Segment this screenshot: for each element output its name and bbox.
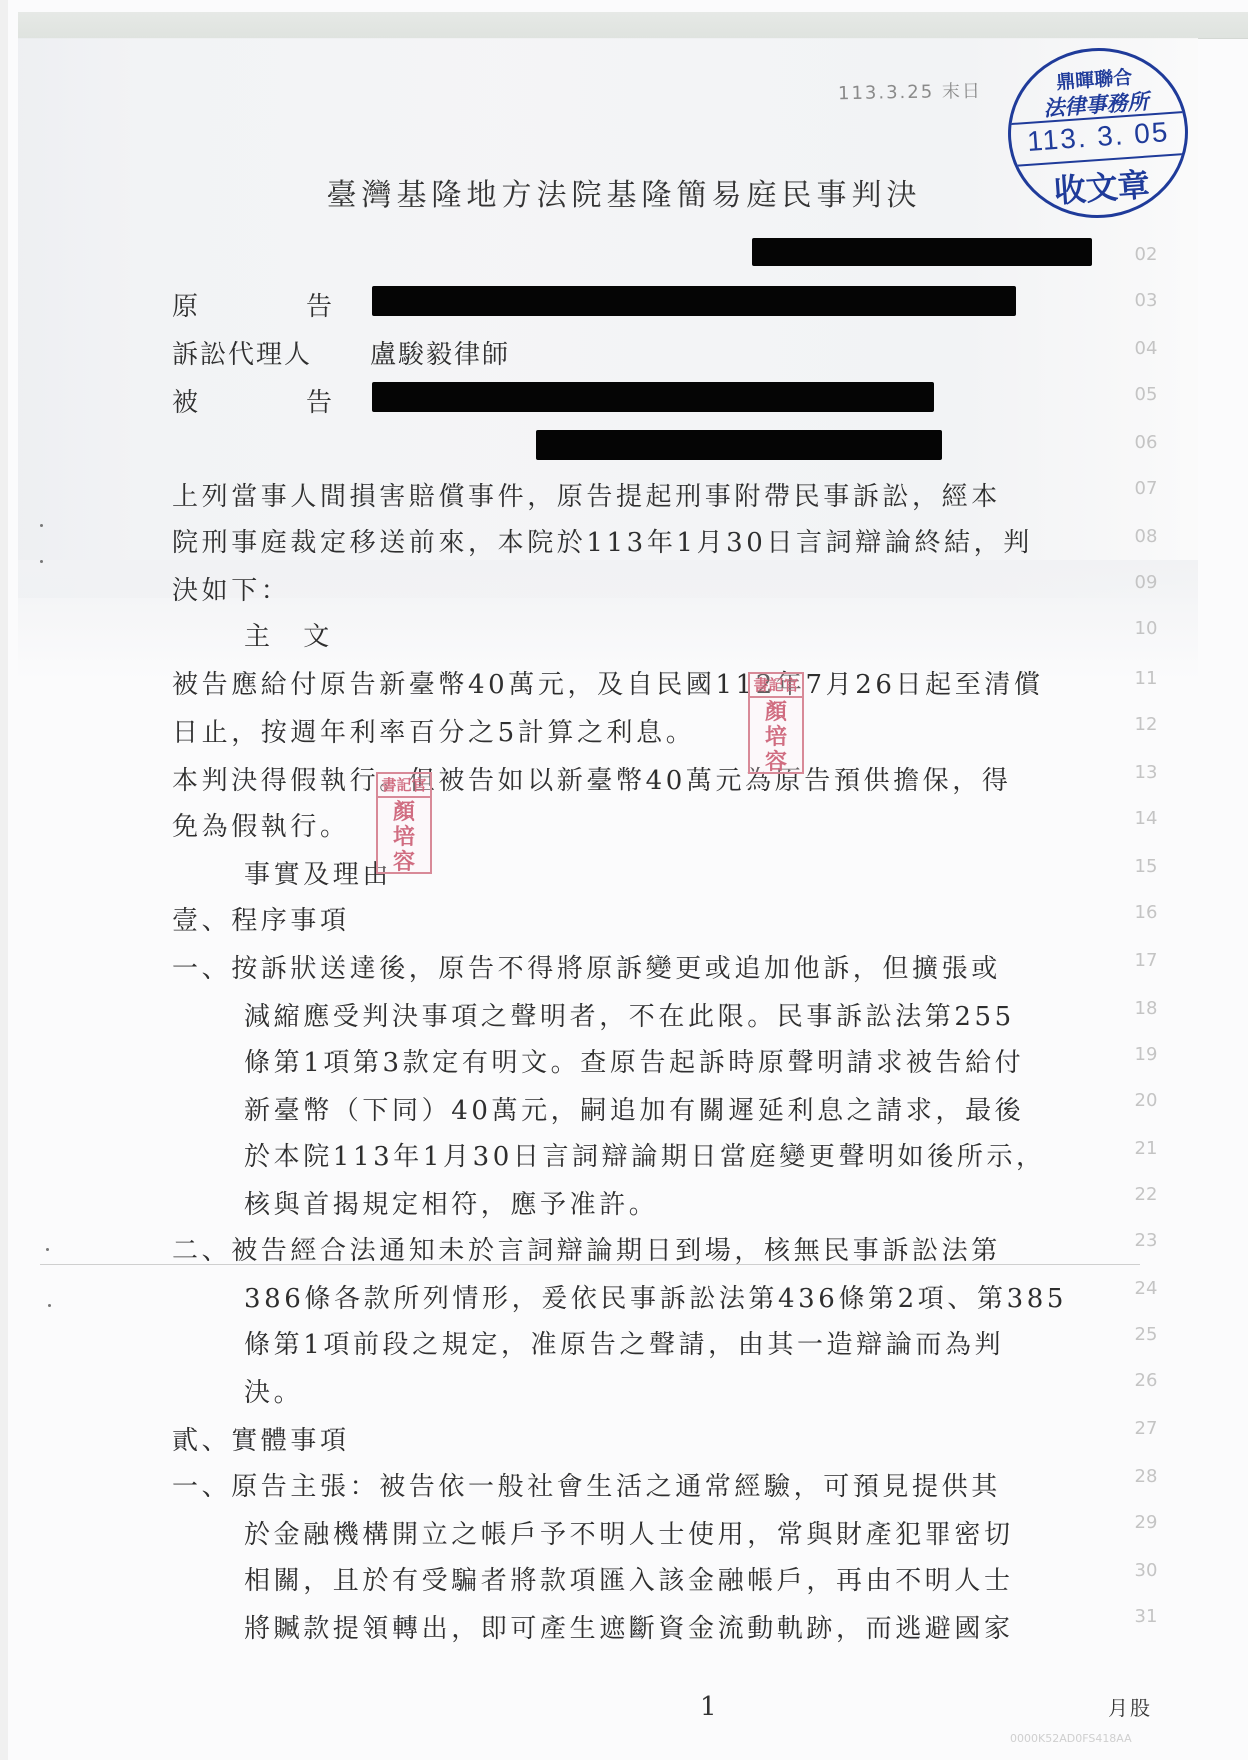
scan-top-strip [18, 12, 1248, 39]
body-line: 將贓款提領轉出，即可產生遮斷資金流動軌跡，而逃避國家 [244, 1608, 1014, 1645]
clerk-seal-title: 書記官 [378, 774, 430, 798]
body-line: 日止，按週年利率百分之5計算之利息。 [172, 712, 695, 749]
line-number: 27 [1126, 1418, 1166, 1439]
body-line: 院刑事庭裁定移送前來，本院於113年1月30日言詞辯論終結，判 [172, 522, 1033, 559]
line-number: 16 [1126, 902, 1166, 923]
redaction-bar [372, 286, 1016, 316]
scan-left-edge [0, 0, 8, 1760]
section-heading-facts: 事實及理由 [244, 854, 392, 891]
line-number: 24 [1126, 1278, 1166, 1299]
document-title: 臺灣基隆地方法院基隆簡易庭民事判決 [0, 170, 1248, 214]
body-line: 386條各款所列情形，爰依民事訴訟法第436條第2項、第385 [244, 1278, 1067, 1315]
page-number: 1 [700, 1692, 717, 1722]
clerk-seal: 書記官 顏培容 [748, 672, 804, 774]
line-number: 03 [1126, 290, 1166, 311]
body-line: 一、按訴狀送達後，原告不得將原訴變更或追加他訴，但擴張或 [172, 948, 1001, 985]
line-number: 23 [1126, 1230, 1166, 1251]
body-line: 二、被告經合法通知未於言詞辯論期日到場，核無民事訴訟法第 [172, 1230, 1001, 1267]
redaction-bar [752, 238, 1092, 266]
line-number: 02 [1126, 244, 1166, 265]
line-number: 09 [1126, 572, 1166, 593]
line-number: 04 [1126, 338, 1166, 359]
line-number: 22 [1126, 1184, 1166, 1205]
margin-mark [48, 1304, 51, 1307]
document-id: 0000K52AD0FS418AA [1010, 1732, 1132, 1745]
clerk-seal-title: 書記官 [750, 674, 802, 698]
margin-mark [40, 524, 43, 527]
line-number: 19 [1126, 1044, 1166, 1065]
body-line: 上列當事人間損害賠償事件，原告提起刑事附帶民事訴訟，經本 [172, 476, 1001, 513]
line-number: 29 [1126, 1512, 1166, 1533]
attorney-name: 盧駿毅律師 [370, 334, 510, 371]
line-number: 21 [1126, 1138, 1166, 1159]
body-line: 決。 [244, 1372, 303, 1409]
line-number: 18 [1126, 998, 1166, 1019]
body-line: 新臺幣（下同）40萬元，嗣追加有關遲延利息之請求，最後 [244, 1090, 1024, 1127]
party-label-defendant: 被 [172, 382, 200, 419]
body-line: 條第1項第3款定有明文。查原告起訴時原聲明請求被告給付 [244, 1042, 1024, 1079]
line-number: 17 [1126, 950, 1166, 971]
line-number: 05 [1126, 384, 1166, 405]
line-number: 20 [1126, 1090, 1166, 1111]
clerk-seal-name: 顏培容 [378, 798, 430, 875]
line-number: 06 [1126, 432, 1166, 453]
redaction-bar [536, 430, 942, 460]
line-number: 13 [1126, 762, 1166, 783]
redaction-bar [372, 382, 934, 412]
line-number: 26 [1126, 1370, 1166, 1391]
handwritten-deadline-note: 113.3.25 末日 [838, 77, 982, 106]
body-line: 條第1項前段之規定，准原告之聲請，由其一造辯論而為判 [244, 1324, 1004, 1361]
body-line: 於本院113年1月30日言詞辯論期日當庭變更聲明如後所示， [244, 1136, 1046, 1173]
line-number: 12 [1126, 714, 1166, 735]
section-heading-substance: 貳、實體事項 [172, 1420, 350, 1457]
body-line: 核與首揭規定相符，應予准許。 [244, 1184, 658, 1221]
party-label-plaintiff: 告 [306, 286, 334, 323]
section-heading-main-text: 主 文 [244, 616, 333, 653]
line-number: 07 [1126, 478, 1166, 499]
line-number: 15 [1126, 856, 1166, 877]
body-line: 決如下： [172, 570, 290, 607]
party-label-plaintiff: 原 [172, 286, 200, 323]
margin-mark [40, 560, 43, 563]
margin-mark [46, 1248, 49, 1251]
body-line: 一、原告主張：被告依一般社會生活之通常經驗，可預見提供其 [172, 1466, 1001, 1503]
body-line: 於金融機構開立之帳戶予不明人士使用，常與財產犯罪密切 [244, 1514, 1014, 1551]
party-label-defendant: 告 [306, 382, 334, 419]
body-line: 被告應給付原告新臺幣40萬元，及自民國112年7月26日起至清償 [172, 664, 1044, 701]
line-number: 08 [1126, 526, 1166, 547]
line-number: 10 [1126, 618, 1166, 639]
line-number: 14 [1126, 808, 1166, 829]
line-number: 25 [1126, 1324, 1166, 1345]
document-page: 113.3.25 末日 鼎暉聯合 法律事務所 113. 3. 05 收文章 臺灣… [0, 0, 1248, 1760]
section-heading-procedure: 壹、程序事項 [172, 900, 350, 937]
section-code: 月股 [1108, 1692, 1152, 1721]
line-number: 28 [1126, 1466, 1166, 1487]
party-label-attorney: 訴訟代理人 [172, 334, 312, 371]
clerk-seal: 書記官 顏培容 [376, 772, 432, 874]
line-number: 11 [1126, 668, 1166, 689]
body-line: 減縮應受判決事項之聲明者，不在此限。民事訴訟法第255 [244, 996, 1015, 1033]
line-number: 31 [1126, 1606, 1166, 1627]
body-line: 免為假執行。 [172, 806, 350, 843]
body-line: 本判決得假執行。但被告如以新臺幣40萬元為原告預供擔保，得 [172, 760, 1012, 797]
body-line: 相關，且於有受騙者將款項匯入該金融帳戶，再由不明人士 [244, 1560, 1014, 1597]
clerk-seal-name: 顏培容 [750, 698, 802, 775]
line-number: 30 [1126, 1560, 1166, 1581]
